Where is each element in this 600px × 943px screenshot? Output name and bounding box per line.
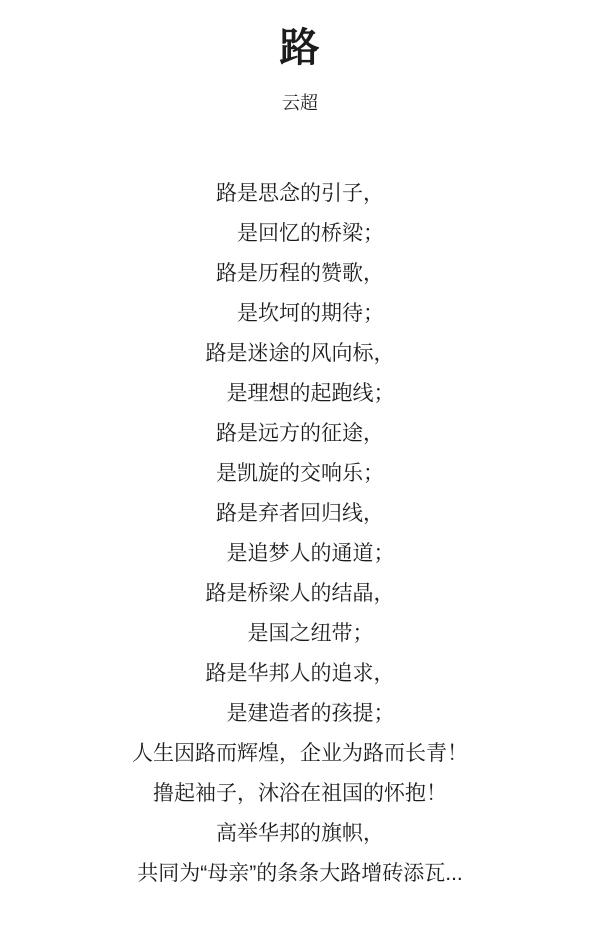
poem-title: 路 — [0, 0, 600, 72]
poem-line: 路是华邦人的追求， — [0, 654, 600, 694]
poem-line: 人生因路而辉煌，企业为路而长青！ — [0, 734, 600, 774]
poem-body: 路是思念的引子， 是回忆的桥梁； 路是历程的赞歌， 是坎坷的期待； 路是迷途的风… — [0, 174, 600, 894]
poem-line: 是国之纽带； — [0, 614, 600, 654]
poem-line: 路是远方的征途， — [0, 414, 600, 454]
poem-line: 路是思念的引子， — [0, 174, 600, 214]
poem-line: 是追梦人的通道； — [0, 534, 600, 574]
poem-line: 路是桥梁人的结晶， — [0, 574, 600, 614]
poem-line: 是凯旋的交响乐； — [0, 454, 600, 494]
poem-line: 路是弃者回归线， — [0, 494, 600, 534]
poem-line: 共同为“母亲”的条条大路增砖添瓦... — [0, 854, 600, 894]
poem-line: 路是迷途的风向标， — [0, 334, 600, 374]
poem-line: 高举华邦的旗帜， — [0, 814, 600, 854]
poem-line: 撸起袖子，沐浴在祖国的怀抱！ — [0, 774, 600, 814]
poem-page: 路 云超 路是思念的引子， 是回忆的桥梁； 路是历程的赞歌， 是坎坷的期待； 路… — [0, 0, 600, 943]
poem-line: 是理想的起跑线； — [0, 374, 600, 414]
poem-line: 路是历程的赞歌， — [0, 254, 600, 294]
poem-line: 是建造者的孩提； — [0, 694, 600, 734]
poem-author: 云超 — [0, 92, 600, 114]
poem-line: 是回忆的桥梁； — [0, 214, 600, 254]
poem-line: 是坎坷的期待； — [0, 294, 600, 334]
